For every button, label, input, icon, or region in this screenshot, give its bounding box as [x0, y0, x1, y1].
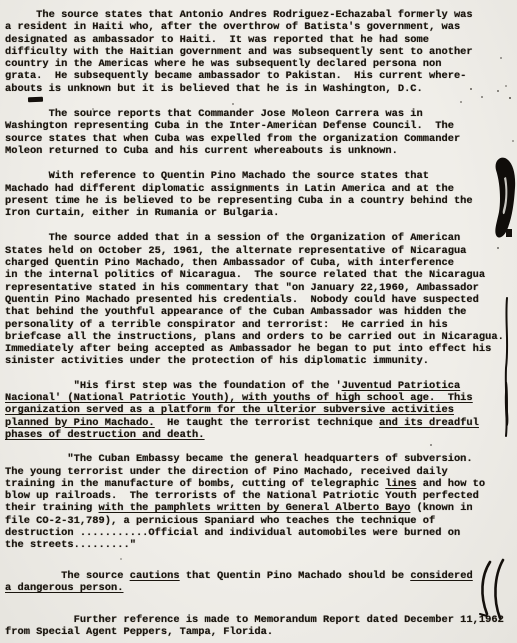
underlined-text: and its dreadful [379, 417, 479, 429]
text-line: personality of a terrible conspirator an… [5, 319, 517, 331]
text-segment: the streets........." [5, 539, 136, 551]
text-line: planned by Pino Machado. He taught the t… [5, 417, 517, 429]
memo-page: The source states that Antonio Andres Ro… [0, 0, 517, 643]
paragraph: The source cautions that Quentin Pino Ma… [5, 570, 517, 595]
document-body: The source states that Antonio Andres Ro… [5, 9, 517, 639]
paragraph: Further reference is made to Memorandum … [5, 614, 517, 639]
text-line: Nacional' (National Patriotic Youth), wi… [5, 392, 517, 404]
ink-blob-mark [492, 156, 517, 240]
text-segment: training in the manufacture of bombs, cu… [5, 478, 385, 490]
text-segment: difficulty with the Haitian government a… [5, 46, 473, 58]
underlined-text: organization served as a platform for th… [5, 404, 454, 416]
text-segment: Iron Curtain, either in Rumania or Bulga… [5, 207, 279, 219]
text-line: Immediately after being accepted as Amba… [5, 343, 517, 355]
underlined-text: with the pamphlets written by General Al… [99, 502, 411, 514]
text-line: a dangerous person. [5, 582, 517, 594]
text-line: The source states that Antonio Andres Ro… [5, 9, 517, 21]
underlined-text: Nacional' (National Patriotic Youth), wi… [5, 392, 473, 404]
text-line: that behind the youthful appearance of t… [5, 306, 517, 318]
text-segment: blow up railroads. The terrorists of the… [5, 490, 479, 502]
text-line: Washington representing Cuba in the Inte… [5, 120, 517, 132]
text-line: blow up railroads. The terrorists of the… [5, 490, 517, 502]
text-segment: that behind the youthful appearance of t… [5, 306, 466, 318]
text-segment: The source [5, 570, 130, 582]
text-line: The source cautions that Quentin Pino Ma… [5, 570, 517, 582]
text-segment: Immediately after being accepted as Amba… [5, 343, 491, 355]
text-line: a resident in Haiti who, after the overt… [5, 21, 517, 33]
text-line: country in the Americas where he was sub… [5, 58, 517, 70]
text-line: destruction ...........Official and indi… [5, 527, 517, 539]
paragraph: The source states that Antonio Andres Ro… [5, 9, 517, 95]
text-segment: personality of a terrible conspirator an… [5, 319, 448, 331]
text-segment: file CO-2-31,789), a pernicious Spaniard… [5, 515, 435, 527]
text-segment: charged Quentin Pino Machado, then Ambas… [5, 257, 454, 269]
text-line: Machado had different diplomatic assignm… [5, 183, 517, 195]
text-line: abouts is unknown but it is believed tha… [5, 83, 517, 95]
text-segment: "His first step was the foundation of th… [5, 380, 342, 392]
paragraph: "The Cuban Embassy became the general he… [5, 453, 517, 551]
noise-specks [0, 0, 2, 2]
text-segment: source states that when Cuba was expelle… [5, 133, 460, 145]
double-paren-mark [470, 558, 516, 622]
text-segment: their training [5, 502, 99, 514]
underlined-text: Juventud Patriotica [342, 380, 460, 392]
text-segment: The source added that in a session of th… [5, 232, 460, 244]
text-line: present time he is believed to be repres… [5, 195, 517, 207]
text-line: the streets........." [5, 539, 517, 551]
text-segment: (known in [410, 502, 472, 514]
text-line: The source reports that Commander Jose M… [5, 108, 517, 120]
text-line: file CO-2-31,789), a pernicious Spaniard… [5, 515, 517, 527]
text-line: Iron Curtain, either in Rumania or Bulga… [5, 207, 517, 219]
text-segment: designated as ambassador to Haiti. It wa… [5, 34, 429, 46]
text-segment: that Quentin Pino Machado should be [180, 570, 411, 582]
text-segment: from Special Agent Peppers, Tampa, Flori… [5, 626, 273, 638]
text-line: briefcase all the instructions, plans an… [5, 331, 517, 343]
text-line: Quentin Pino Machado presented his crede… [5, 294, 517, 306]
text-segment: abouts is unknown but it is believed tha… [5, 83, 423, 95]
text-segment: "The Cuban Embassy became the general he… [5, 453, 473, 465]
text-segment: The source states that Antonio Andres Ro… [5, 9, 473, 21]
text-line: designated as ambassador to Haiti. It wa… [5, 34, 517, 46]
text-segment: in the internal politics of Nicaragua. T… [5, 269, 485, 281]
text-line: grata. He subsequently became ambassador… [5, 70, 517, 82]
text-segment: States held on October 25, 1961, the alt… [5, 245, 466, 257]
text-line: sinister activities under the protection… [5, 355, 517, 367]
text-segment: destruction ...........Official and indi… [5, 527, 460, 539]
text-line: "His first step was the foundation of th… [5, 380, 517, 392]
text-segment: sinister activities under the protection… [5, 355, 429, 367]
underlined-text: a dangerous person. [5, 582, 123, 594]
text-segment: Further reference is made to Memorandum … [5, 614, 504, 626]
underlined-text: phases of destruction and death. [5, 429, 205, 441]
text-line: Moleon returned to Cuba and his current … [5, 145, 517, 157]
text-line: Further reference is made to Memorandum … [5, 614, 517, 626]
text-segment: Moleon returned to Cuba and his current … [5, 145, 398, 157]
text-segment: representative stated in his commentary … [5, 282, 479, 294]
text-segment: present time he is believed to be repres… [5, 195, 473, 207]
text-line: charged Quentin Pino Machado, then Ambas… [5, 257, 517, 269]
text-line: in the internal politics of Nicaragua. T… [5, 269, 517, 281]
text-segment: grata. He subsequently became ambassador… [5, 70, 466, 82]
text-line: source states that when Cuba was expelle… [5, 133, 517, 145]
text-segment: He taught the terrorist technique [155, 417, 379, 429]
underlined-text: cautions [130, 570, 180, 582]
underlined-text: considered [410, 570, 472, 582]
text-line: The source added that in a session of th… [5, 232, 517, 244]
text-line: training in the manufacture of bombs, cu… [5, 478, 517, 490]
underlined-text: lines [385, 478, 416, 490]
paragraph: The source added that in a session of th… [5, 232, 517, 367]
margin-line-mark [501, 296, 513, 438]
text-line: organization served as a platform for th… [5, 404, 517, 416]
text-line: With reference to Quentin Pino Machado t… [5, 170, 517, 182]
text-segment: briefcase all the instructions, plans an… [5, 331, 504, 343]
corner-tick-mark [506, 229, 512, 237]
text-segment: country in the Americas where he was sub… [5, 58, 441, 70]
text-segment: Washington representing Cuba in the Inte… [5, 120, 454, 132]
paragraph: With reference to Quentin Pino Machado t… [5, 170, 517, 219]
text-segment: Quentin Pino Machado presented his crede… [5, 294, 479, 306]
text-line: phases of destruction and death. [5, 429, 517, 441]
text-segment: a resident in Haiti who, after the overt… [5, 21, 460, 33]
text-line: representative stated in his commentary … [5, 282, 517, 294]
text-segment: and how to [417, 478, 486, 490]
text-line: The young terrorist under the direction … [5, 466, 517, 478]
stray-dash-mark [28, 97, 43, 103]
text-line: their training with the pamphlets writte… [5, 502, 517, 514]
text-line: "The Cuban Embassy became the general he… [5, 453, 517, 465]
text-segment: The source reports that Commander Jose M… [5, 108, 423, 120]
text-line: States held on October 25, 1961, the alt… [5, 245, 517, 257]
paragraph: "His first step was the foundation of th… [5, 380, 517, 441]
text-line: difficulty with the Haitian government a… [5, 46, 517, 58]
underlined-text: planned by Pino Machado. [5, 417, 155, 429]
paragraph: The source reports that Commander Jose M… [5, 108, 517, 157]
text-segment: With reference to Quentin Pino Machado t… [5, 170, 429, 182]
text-line: from Special Agent Peppers, Tampa, Flori… [5, 626, 517, 638]
text-segment: The young terrorist under the direction … [5, 466, 448, 478]
text-segment: Machado had different diplomatic assignm… [5, 183, 454, 195]
